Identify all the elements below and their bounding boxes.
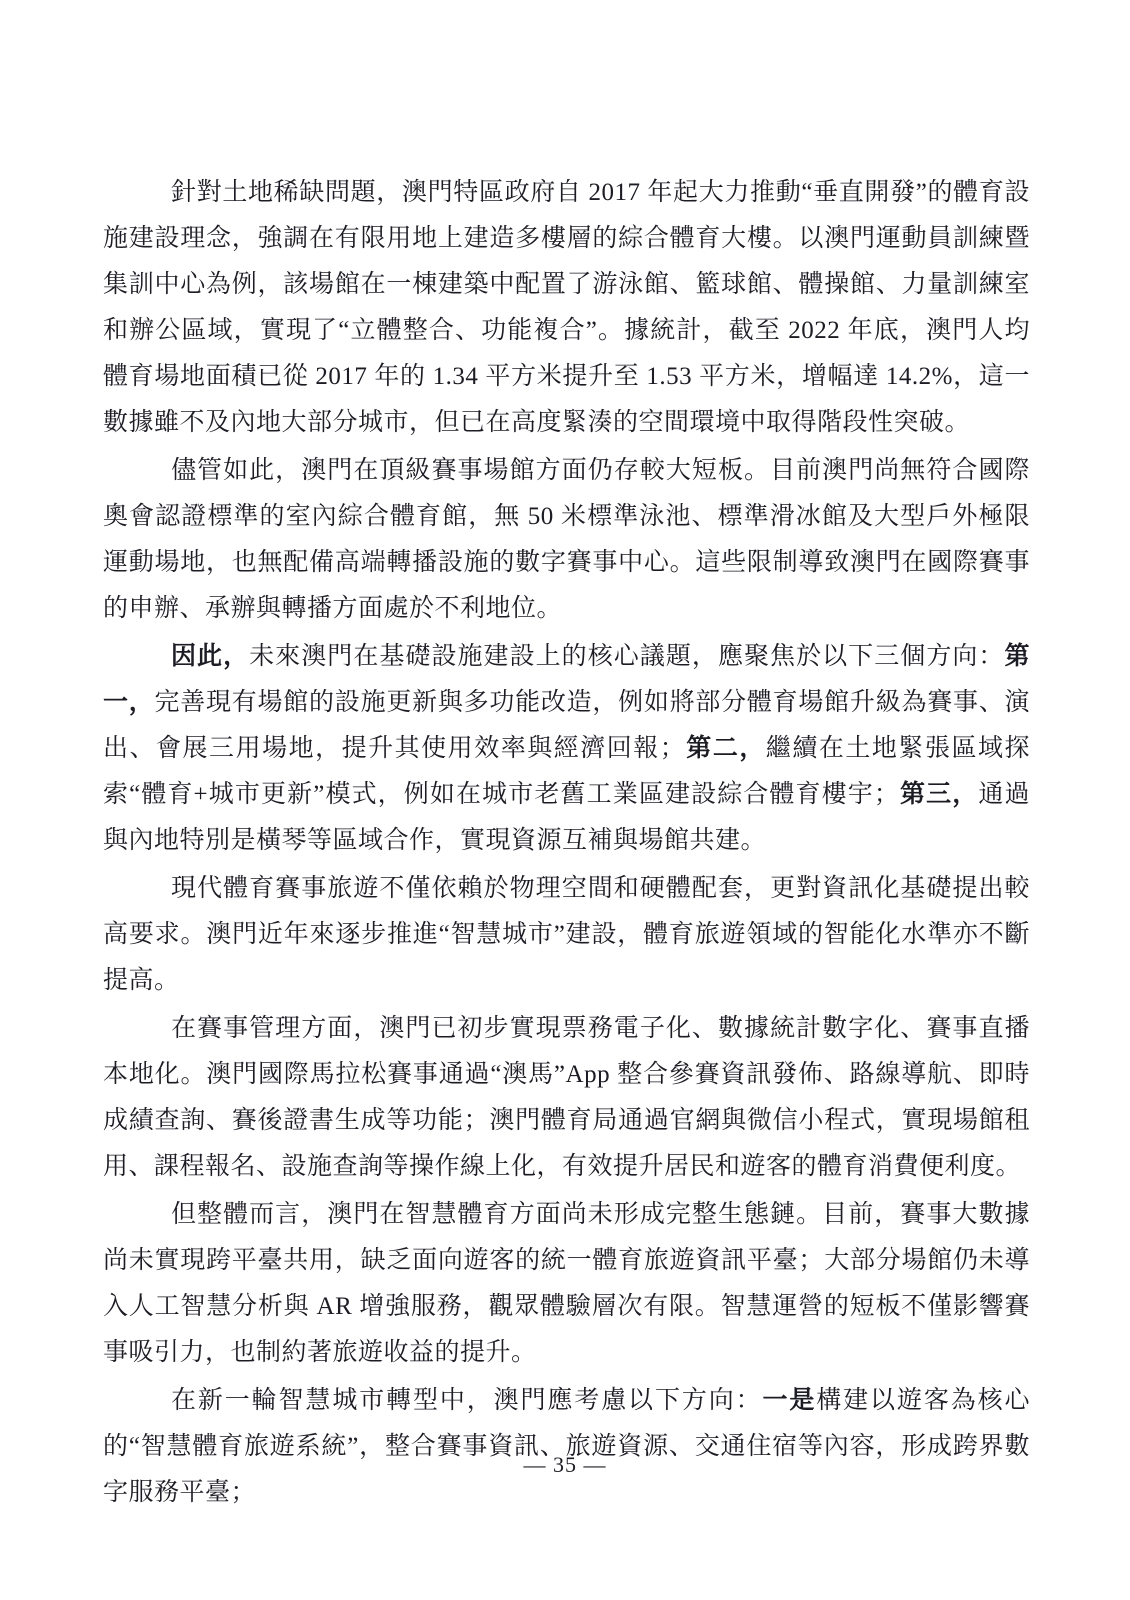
document-body: 針對土地稀缺問題，澳門特區政府自 2017 年起大力推動“垂直開發”的體育設施建… [103, 170, 1030, 1518]
document-page: 針對土地稀缺問題，澳門特區政府自 2017 年起大力推動“垂直開發”的體育設施建… [0, 0, 1130, 1600]
paragraph-smart-city-intro: 現代體育賽事旅遊不僅依賴於物理空間和硬體配套，更對資訊化基礎提出較高要求。澳門近… [103, 866, 1030, 1004]
text-run: 針對土地稀缺問題，澳門特區政府自 2017 年起大力推動“垂直開發”的體育設施建… [103, 179, 1030, 436]
paragraph-smart-sports-gaps: 但整體而言，澳門在智慧體育方面尚未形成完整生態鏈。目前，賽事大數據尚未實現跨平臺… [103, 1192, 1030, 1376]
paragraph-land-scarcity: 針對土地稀缺問題，澳門特區政府自 2017 年起大力推動“垂直開發”的體育設施建… [103, 170, 1030, 446]
text-run: 在賽事管理方面，澳門已初步實現票務電子化、數據統計數字化、賽事直播本地化。澳門國… [103, 1015, 1030, 1180]
text-run: 現代體育賽事旅遊不僅依賴於物理空間和硬體配套，更對資訊化基礎提出較高要求。澳門近… [103, 875, 1030, 994]
page-footer: — 35 — [0, 1450, 1130, 1480]
text-run: 未來澳門在基礎設施建設上的核心議題，應聚焦於以下三個方向： [249, 643, 1004, 670]
emphasis-run: 第三， [899, 781, 978, 808]
page-number: — 35 — [524, 1452, 607, 1477]
text-run: 儘管如此，澳門在頂級賽事場館方面仍存較大短板。目前澳門尚無符合國際奧會認證標準的… [103, 457, 1030, 622]
emphasis-run: 一是 [763, 1387, 817, 1414]
paragraph-event-management: 在賽事管理方面，澳門已初步實現票務電子化、數據統計數字化、賽事直播本地化。澳門國… [103, 1006, 1030, 1190]
text-run: 但整體而言，澳門在智慧體育方面尚未形成完整生態鏈。目前，賽事大數據尚未實現跨平臺… [103, 1201, 1030, 1366]
emphasis-run: 第二， [685, 735, 766, 762]
paragraph-three-directions: 因此，未來澳門在基礎設施建設上的核心議題，應聚焦於以下三個方向：第一，完善現有場… [103, 634, 1030, 864]
paragraph-venue-shortcomings: 儘管如此，澳門在頂級賽事場館方面仍存較大短板。目前澳門尚無符合國際奧會認證標準的… [103, 448, 1030, 632]
emphasis-run: 因此， [171, 643, 249, 670]
text-run: 在新一輪智慧城市轉型中，澳門應考慮以下方向： [171, 1387, 763, 1414]
paragraph-smart-city-transition: 在新一輪智慧城市轉型中，澳門應考慮以下方向：一是構建以遊客為核心的“智慧體育旅遊… [103, 1378, 1030, 1516]
